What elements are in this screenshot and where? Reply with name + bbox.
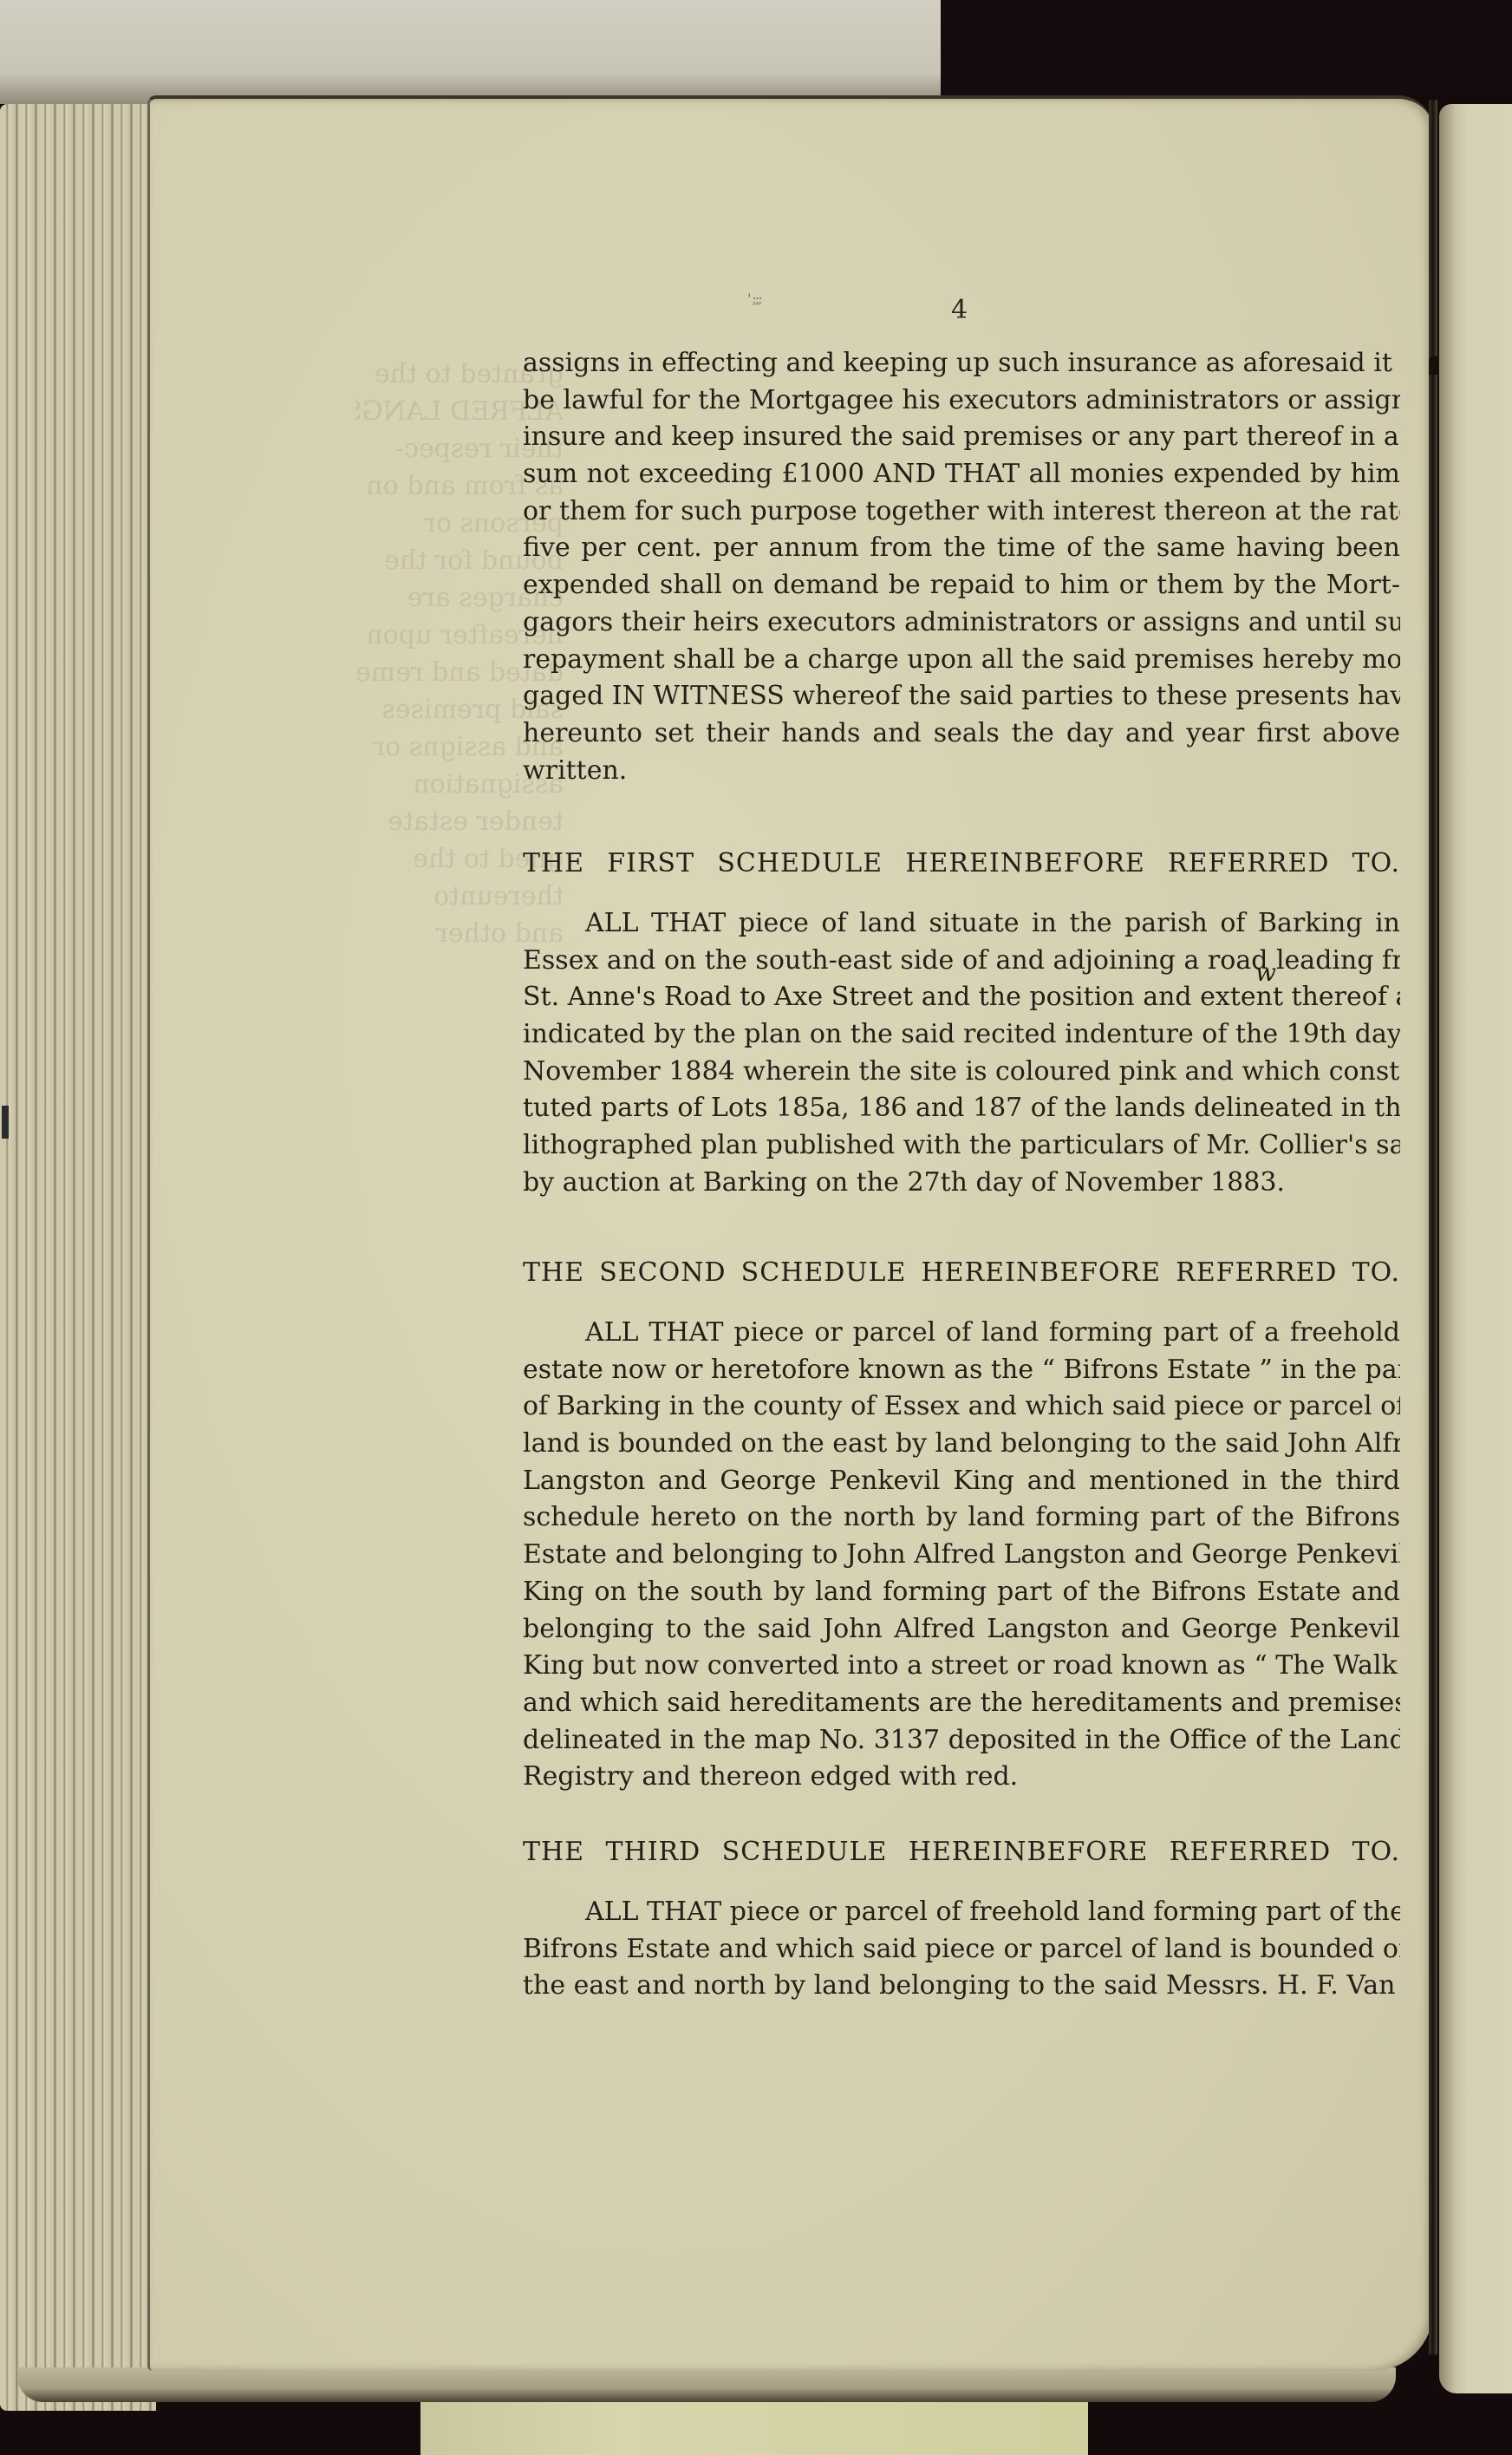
text-line: estate now or heretofore known as the “ … (523, 1352, 1400, 1389)
text-line: King on the south by land forming part o… (523, 1574, 1400, 1611)
text-line: sum not exceeding £1000 AND THAT all mon… (523, 456, 1400, 493)
text-line: schedule hereto on the north by land for… (523, 1499, 1400, 1537)
text-line: ALL THAT piece of land situate in the pa… (523, 905, 1400, 943)
page-stack-edges (0, 104, 156, 2411)
text-line: repayment shall be a charge upon all the… (523, 642, 1400, 679)
text-line: tuted parts of Lots 185a, 186 and 187 of… (523, 1090, 1400, 1127)
text-line: expended shall on demand be repaid to hi… (523, 567, 1400, 604)
page-number: 4 (951, 295, 968, 325)
text-line: gaged IN WITNESS whereof the said partie… (523, 678, 1400, 715)
text-line: of Barking in the county of Essex and wh… (523, 1388, 1400, 1426)
text-line: gagors their heirs executors administrat… (523, 604, 1400, 642)
book-gutter (1429, 100, 1437, 2354)
text-line: Langston and George Penkevil King and me… (523, 1463, 1400, 1500)
text-line: hereunto set their hands and seals the d… (523, 715, 1400, 753)
text-line: insure and keep insured the said premise… (523, 419, 1400, 456)
stray-marks: ' ;;; (747, 291, 761, 307)
bleed-through-text: tender estate (355, 803, 564, 840)
text-line: delineated in the map No. 3137 deposited… (523, 1722, 1400, 1760)
text-line: be lawful for the Mortgagee his executor… (523, 382, 1400, 420)
opening-paragraph: assigns in effecting and keeping up such… (523, 345, 1400, 789)
background-bottom-card (420, 2393, 1088, 2455)
text-line: and which said hereditaments are the her… (523, 1685, 1400, 1722)
schedule-heading-third: THE THIRD SCHEDULE HEREINBEFORE REFERRED… (523, 1837, 1400, 1867)
first-schedule-body: ALL THAT piece of land situate in the pa… (523, 905, 1400, 1202)
text-line: by auction at Barking on the 27th day of… (523, 1165, 1400, 1202)
background-top-right (941, 0, 1512, 95)
text-line: ALL THAT piece or parcel of freehold lan… (523, 1894, 1400, 1931)
text-line: November 1884 wherein the site is colour… (523, 1054, 1400, 1091)
text-line: belonging to the said John Alfred Langst… (523, 1611, 1400, 1649)
text-line: indicated by the plan on the said recite… (523, 1016, 1400, 1054)
stack-tab-mark (2, 1106, 9, 1139)
text-line: land is bounded on the east by land belo… (523, 1426, 1400, 1463)
text-line: or them for such purpose together with i… (523, 493, 1400, 531)
text-line: five per cent. per annum from the time o… (523, 530, 1400, 567)
text-line: Registry and thereon edged with red. (523, 1759, 1400, 1796)
facing-page-edge (1439, 104, 1512, 2393)
text-line: assigns in effecting and keeping up such… (523, 345, 1400, 382)
third-schedule-body: ALL THAT piece or parcel of freehold lan… (523, 1894, 1400, 2005)
handwritten-correction: w (1255, 958, 1276, 987)
text-line: written. (523, 753, 1400, 790)
text-line: Estate and belonging to John Alfred Lang… (523, 1537, 1400, 1574)
text-line: lithographed plan published with the par… (523, 1127, 1400, 1165)
page-bottom-edge (17, 2367, 1396, 2402)
background-top-left (0, 0, 945, 104)
schedule-heading-second: THE SECOND SCHEDULE HEREINBEFORE REFERRE… (523, 1257, 1400, 1288)
text-line: Bifrons Estate and which said piece or p… (523, 1931, 1400, 1969)
gutter-marker (1429, 356, 1439, 375)
schedule-heading-first: THE FIRST SCHEDULE HEREINBEFORE REFERRED… (523, 848, 1400, 878)
text-line: the east and north by land belonging to … (523, 1968, 1400, 2005)
text-line: King but now converted into a street or … (523, 1648, 1400, 1685)
second-schedule-body: ALL THAT piece or parcel of land forming… (523, 1315, 1400, 1796)
text-line: ALL THAT piece or parcel of land forming… (523, 1315, 1400, 1352)
